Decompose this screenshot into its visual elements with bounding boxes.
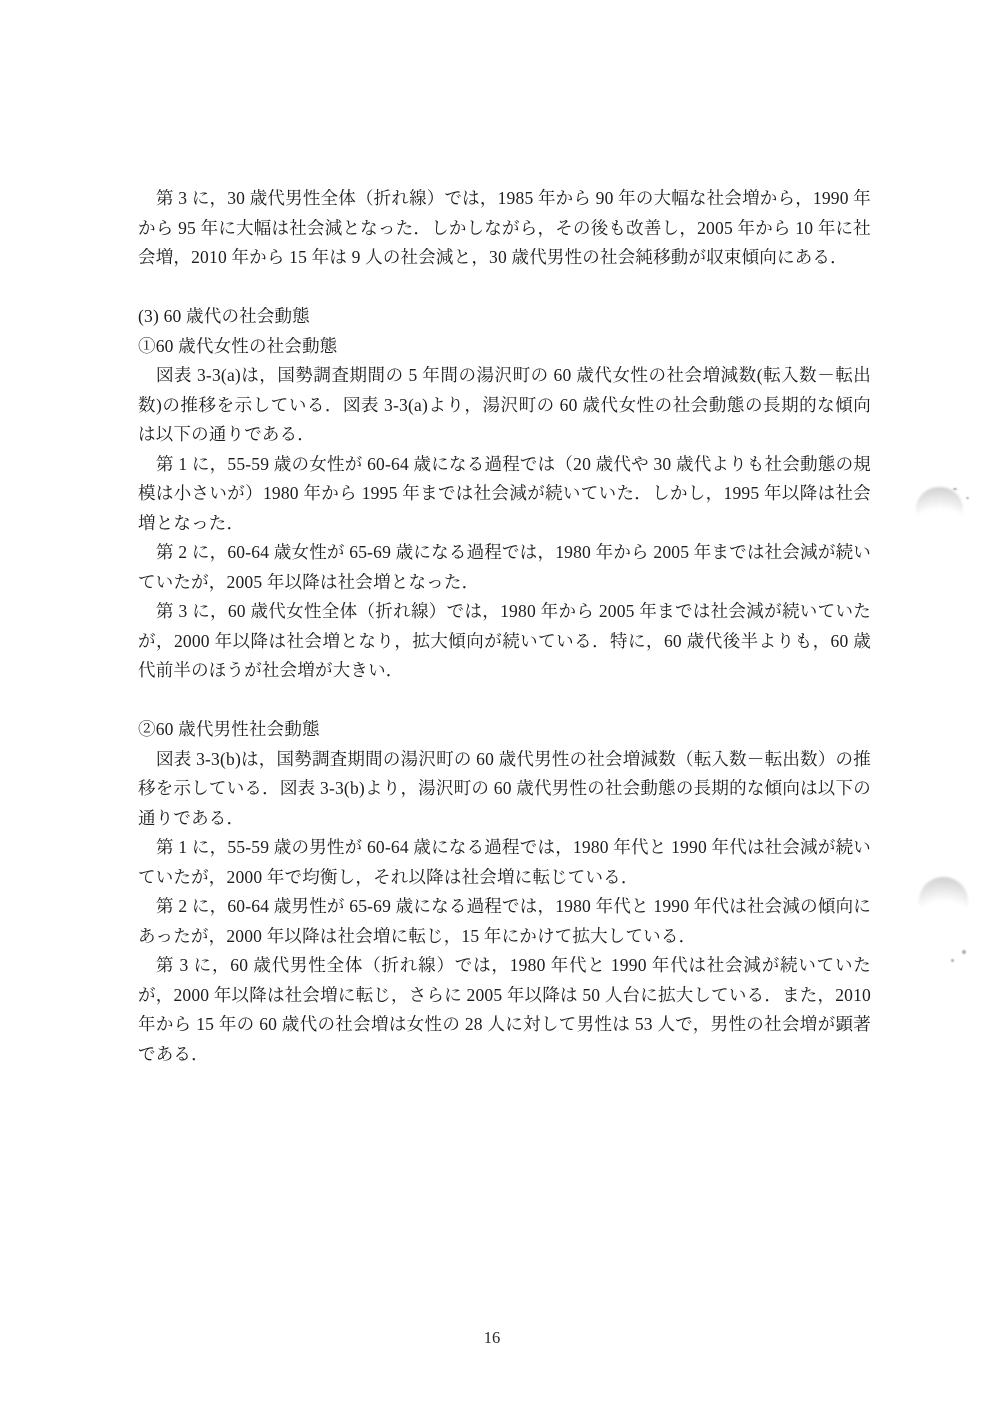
paragraph-spacer [138,686,871,716]
intro-paragraph: 第 3 に，30 歳代男性全体（折れ線）では，1985 年から 90 年の大幅な… [138,184,871,273]
subsection-heading-female-60s: ①60 歳代女性の社会動態 [138,332,871,362]
female-paragraph-2: 第 1 に，55-59 歳の女性が 60-64 歳になる過程では（20 歳代や … [138,450,871,539]
male-paragraph-4: 第 3 に，60 歳代男性全体（折れ線）では，1980 年代と 1990 年代は… [138,951,871,1069]
scan-smudge [916,487,963,531]
scan-speck [953,488,957,490]
male-paragraph-2: 第 1 に，55-59 歳の男性が 60-64 歳になる過程では，1980 年代… [138,833,871,892]
document-page: 第 3 に，30 歳代男性全体（折れ線）では，1985 年から 90 年の大幅な… [0,0,1000,1426]
scan-speck [962,950,966,954]
page-number: 16 [0,1328,984,1348]
section-heading-60s: (3) 60 歳代の社会動態 [138,302,871,332]
scan-speck [951,959,954,962]
subsection-heading-male-60s: ②60 歳代男性社会動態 [138,715,871,745]
male-paragraph-1: 図表 3-3(b)は，国勢調査期間の湯沢町の 60 歳代男性の社会増減数（転入数… [138,745,871,834]
female-paragraph-4: 第 3 に，60 歳代女性全体（折れ線）では，1980 年から 2005 年まで… [138,597,871,686]
male-paragraph-3: 第 2 に，60-64 歳男性が 65-69 歳になる過程では，1980 年代と… [138,892,871,951]
scan-speck [966,497,969,499]
scan-smudge [919,877,968,925]
page-content: 第 3 に，30 歳代男性全体（折れ線）では，1985 年から 90 年の大幅な… [138,184,871,1069]
female-paragraph-3: 第 2 に，60-64 歳女性が 65-69 歳になる過程では，1980 年から… [138,538,871,597]
female-paragraph-1: 図表 3-3(a)は，国勢調査期間の 5 年間の湯沢町の 60 歳代女性の社会増… [138,361,871,450]
paragraph-spacer [138,273,871,303]
